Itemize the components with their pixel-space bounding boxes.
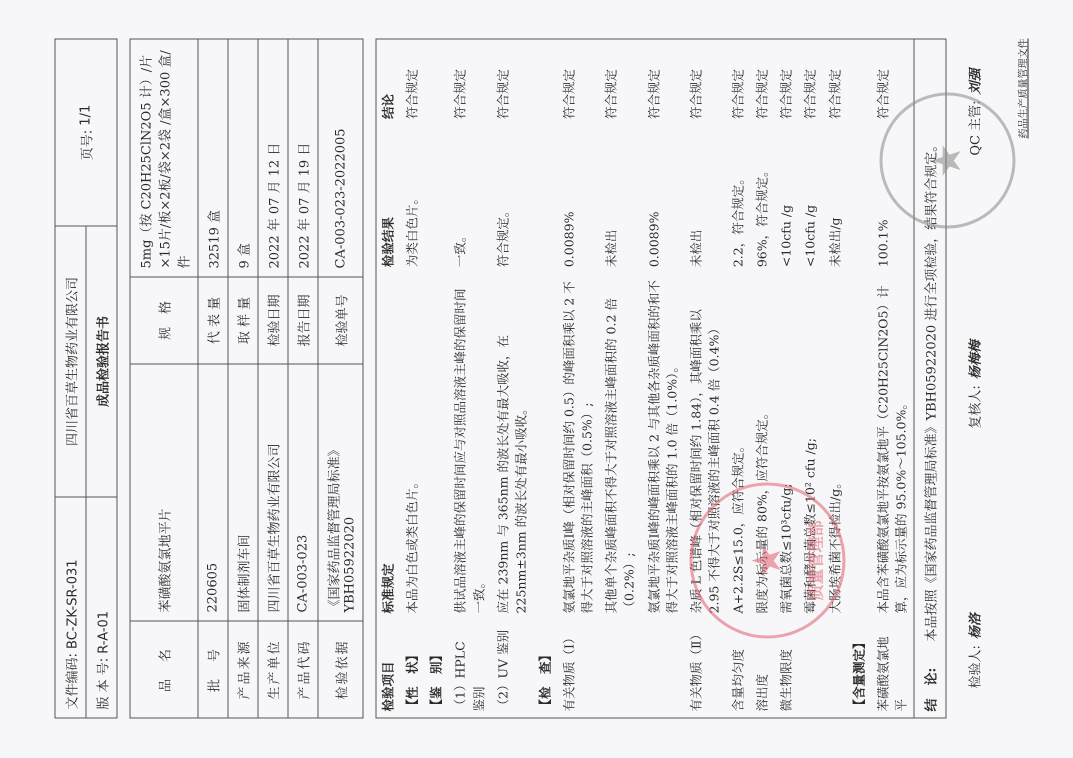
- result-conclusion: 符合规定: [449, 40, 491, 126]
- info-label2: 规 格: [130, 277, 198, 364]
- result-result: [847, 125, 871, 273]
- info-value: 四川省百草生物药业有限公司: [258, 364, 288, 621]
- header-result: 检验结果: [377, 125, 401, 273]
- report-title: 成品检验报告书: [87, 227, 117, 497]
- result-conclusion: 符合规定: [684, 40, 726, 126]
- result-item: 苯磺酸氨氯地平: [871, 619, 913, 717]
- result-standard: [425, 273, 449, 619]
- result-row: （1）HPLC 鉴别供试品溶液主峰的保留时间应与对照品溶液主峰的保留时间一致。一…: [449, 40, 491, 718]
- info-label: 批 号: [198, 621, 228, 718]
- result-standard: 应在 239nm 与 365nm 的波长处有最大吸收，在 225nm±3nm 的…: [491, 273, 533, 619]
- product-info-table: 品 名苯磺酸氨氯地平片规 格5mg（按 C20H25ClN2O5 计）/片×15…: [130, 39, 364, 719]
- result-row: 【含量测定】: [847, 40, 871, 718]
- result-conclusion: 符合规定: [600, 40, 642, 126]
- result-standard: [533, 273, 557, 619]
- info-value2: CA-003-023-2022005: [318, 39, 363, 277]
- result-conclusion: [847, 40, 871, 126]
- result-item: [823, 619, 847, 717]
- result-conclusion: 符合规定: [401, 40, 425, 126]
- header-conclusion: 结论: [377, 40, 401, 126]
- info-row: 生产单位四川省百草生物药业有限公司检验日期2022 年 07 月 12 日: [258, 39, 288, 718]
- info-value2: 2022 年 07 月 19 日: [288, 39, 318, 277]
- result-result: [425, 125, 449, 273]
- info-label2: 取 样 量: [228, 277, 258, 364]
- header-standard: 标准规定: [377, 273, 401, 619]
- info-label: 产品代码: [288, 621, 318, 718]
- result-item: 有关物质（Ⅱ）: [684, 619, 726, 717]
- result-item: 【鉴 别】: [425, 619, 449, 717]
- info-label: 产品来源: [228, 621, 258, 718]
- document-header: 文件编码: BC-ZK-SR-031 版 本 号: R-A-01 四川省百草生物…: [55, 39, 118, 719]
- result-result: 0.0089%: [558, 125, 600, 273]
- info-value: 固体制剂车间: [228, 364, 258, 621]
- info-value: 《国家药品监督管理局标准》YBH05922020: [318, 364, 363, 621]
- conclusion-label: 结 论:: [921, 642, 940, 712]
- info-label2: 检验单号: [318, 277, 363, 364]
- result-result: 2.2，符合规定。: [727, 125, 751, 273]
- result-row: （2）UV 鉴别应在 239nm 与 365nm 的波长处有最大吸收，在 225…: [491, 40, 533, 718]
- result-standard: 本品为白色或类白色片。: [401, 273, 425, 619]
- result-row: 其他单个杂质峰面积不得大于对照溶液主峰面积的 0.2 倍（0.2%）;未检出符合…: [600, 40, 642, 718]
- company-stamp: ★: [880, 93, 1016, 229]
- doc-code: BC-ZK-SR-031: [66, 559, 81, 648]
- result-conclusion: [425, 40, 449, 126]
- company-name: 四川省百草生物药业有限公司: [56, 227, 87, 497]
- inspector-signature: 杨洛: [969, 613, 984, 639]
- info-row: 产品来源固体制剂车间取 样 量9 盒: [228, 39, 258, 718]
- result-row: 【性 状】本品为白色或类白色片。为类白色片。符合规定: [401, 40, 425, 718]
- header-item: 检验项目: [377, 619, 401, 717]
- result-row: 【鉴 别】: [425, 40, 449, 718]
- info-row: 批 号220605代 表 量32519 盒: [198, 39, 228, 718]
- info-value: 220605: [198, 364, 228, 621]
- result-item: 【含量测定】: [847, 619, 871, 717]
- result-result: [533, 125, 557, 273]
- result-result: 符合规定。: [491, 125, 533, 273]
- info-label2: 检验日期: [258, 277, 288, 364]
- doc-code-label: 文件编码:: [66, 653, 81, 709]
- result-result: <10cfu /g: [775, 125, 799, 273]
- result-item: [600, 619, 642, 717]
- result-conclusion: 符合规定: [775, 40, 799, 126]
- result-item: （1）HPLC 鉴别: [449, 619, 491, 717]
- result-row: 氨氯地平杂质Ⅰ峰的峰面积乘以 2 与其他各杂质峰面积的和不得大于对照溶液主峰面积…: [642, 40, 684, 718]
- result-conclusion: [533, 40, 557, 126]
- result-item: 有关物质（Ⅰ）: [558, 619, 600, 717]
- info-label2: 代 表 量: [198, 277, 228, 364]
- info-value: CA-003-023: [288, 364, 318, 621]
- report-page: 文件编码: BC-ZK-SR-031 版 本 号: R-A-01 四川省百草生物…: [0, 1, 1073, 758]
- info-label2: 报告日期: [288, 277, 318, 364]
- info-value2: 5mg（按 C20H25ClN2O5 计）/片×15片/板×2板/袋×2袋 /盒…: [130, 39, 198, 277]
- page-label: 页号:: [77, 130, 96, 160]
- result-row: 【检 查】: [533, 40, 557, 718]
- result-result: 0.0089%: [642, 125, 684, 273]
- result-conclusion: 符合规定: [751, 40, 775, 126]
- result-standard: 氨氯地平杂质Ⅰ峰（相对保留时间约 0.5）的峰面积乘以 2 不得大于对照溶液的主…: [558, 273, 600, 619]
- info-value2: 2022 年 07 月 12 日: [258, 39, 288, 277]
- result-result: 96%，符合规定。: [751, 125, 775, 273]
- page-number: 1/1: [79, 105, 94, 126]
- result-standard: 本品含苯磺酸氨氯地平按氨氯地平（C20H25ClN2O5）计算，应为标示量的 9…: [871, 273, 913, 619]
- results-header-row: 检验项目 标准规定 检验结果 结论: [377, 40, 401, 718]
- info-label: 检验依据: [318, 621, 363, 718]
- result-result: 为类白色片。: [401, 125, 425, 273]
- results-table: 检验项目 标准规定 检验结果 结论 【性 状】本品为白色或类白色片。为类白色片。…: [376, 39, 947, 719]
- result-conclusion: 符合规定: [799, 40, 823, 126]
- info-row: 品 名苯磺酸氨氯地平片规 格5mg（按 C20H25ClN2O5 计）/片×15…: [130, 39, 198, 718]
- result-item: （2）UV 鉴别: [491, 619, 533, 717]
- info-value2: 32519 盒: [198, 39, 228, 277]
- result-conclusion: 符合规定: [558, 40, 600, 126]
- info-label: 品 名: [130, 621, 198, 718]
- version: R-A-01: [97, 611, 112, 654]
- result-item: [642, 619, 684, 717]
- info-value2: 9 盒: [228, 39, 258, 277]
- info-value: 苯磺酸氨氯地平片: [130, 364, 198, 621]
- result-conclusion: 符合规定: [823, 40, 847, 126]
- info-row: 检验依据《国家药品监督管理局标准》YBH05922020检验单号CA-003-0…: [318, 39, 363, 718]
- result-result: 未检出/g: [823, 125, 847, 273]
- result-item: 【性 状】: [401, 619, 425, 717]
- result-conclusion: 符合规定: [491, 40, 533, 126]
- result-result: 未检出: [600, 125, 642, 273]
- reviewer-label: 复核人:: [969, 385, 984, 428]
- inspector-label: 检验人:: [969, 645, 984, 688]
- result-item: [799, 619, 823, 717]
- result-row: 有关物质（Ⅰ）氨氯地平杂质Ⅰ峰（相对保留时间约 0.5）的峰面积乘以 2 不得大…: [558, 40, 600, 718]
- footnote: 药品生产质量管理文件: [1015, 39, 1030, 139]
- qc-signature: 刘强: [969, 69, 984, 95]
- info-row: 产品代码CA-003-023报告日期2022 年 07 月 19 日: [288, 39, 318, 718]
- result-result: 未检出: [684, 125, 726, 273]
- result-standard: 其他单个杂质峰面积不得大于对照溶液主峰面积的 0.2 倍（0.2%）;: [600, 273, 642, 619]
- result-row: 大肠埃希菌不得检出/g。未检出/g符合规定: [823, 40, 847, 718]
- info-label: 生产单位: [258, 621, 288, 718]
- result-standard: 氨氯地平杂质Ⅰ峰的峰面积乘以 2 与其他各杂质峰面积的和不得大于对照溶液主峰面积…: [642, 273, 684, 619]
- result-result: 一致。: [449, 125, 491, 273]
- result-conclusion: 符合规定: [727, 40, 751, 126]
- result-conclusion: 符合规定: [642, 40, 684, 126]
- result-standard: 供试品溶液主峰的保留时间应与对照品溶液主峰的保留时间一致。: [449, 273, 491, 619]
- reviewer-signature: 杨梅梅: [969, 340, 984, 379]
- version-label: 版 本 号:: [97, 658, 112, 710]
- quality-dept-stamp: ★质量管理部: [690, 483, 846, 639]
- result-result: <10cfu /g: [799, 125, 823, 273]
- result-item: 【检 查】: [533, 619, 557, 717]
- result-standard: [847, 273, 871, 619]
